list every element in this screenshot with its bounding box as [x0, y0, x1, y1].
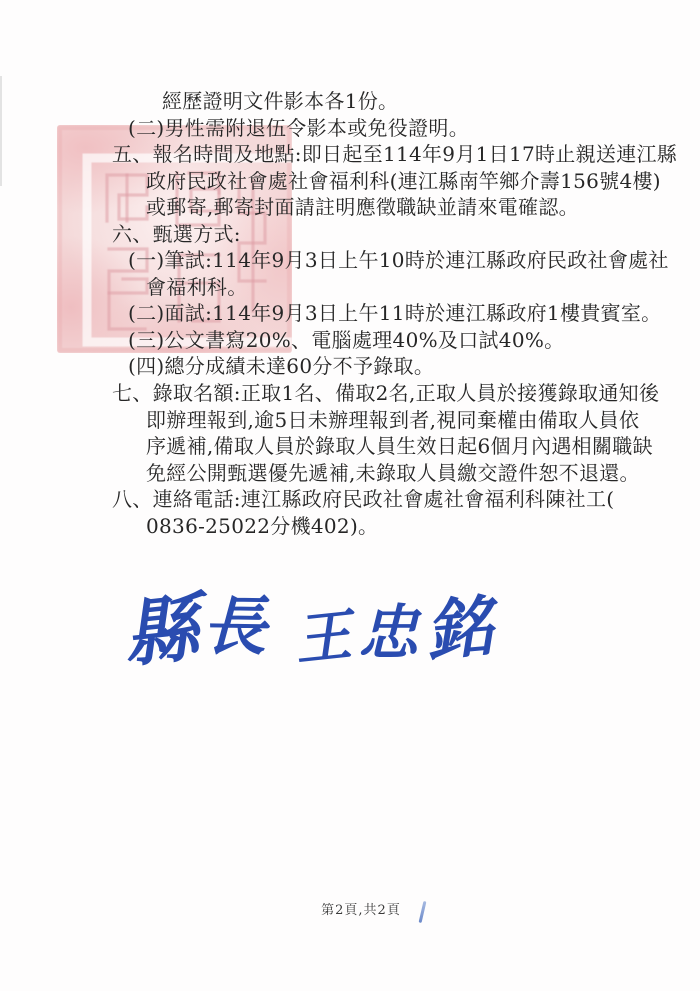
document-line: 六、甄選方式:	[0, 221, 700, 248]
document-line: 八、連絡電話:連江縣政府民政社會處社會福利科陳社工(	[0, 486, 700, 513]
document-line: (三)公文書寫20%、電腦處理40%及口試40%。	[0, 327, 700, 354]
document-line: 政府民政社會處社會福利科(連江縣南竿鄉介壽156號4樓)	[0, 168, 700, 195]
document-line: 或郵寄,郵寄封面請註明應徵職缺並請來電確認。	[0, 194, 700, 221]
signature-char: 縣	[120, 591, 201, 672]
scanned-document-page: 經歷證明文件影本各1份。(二)男性需附退伍令影本或免役證明。五、報名時間及地點:…	[0, 0, 700, 991]
document-line: 會福利科。	[0, 274, 700, 301]
document-line: 經歷證明文件影本各1份。	[0, 88, 700, 115]
signature-char: 忠	[358, 604, 418, 664]
mayor-signature: 縣長王忠銘	[123, 571, 505, 688]
document-line: 序遞補,備取人員於錄取人員生效日起6個月內遇相關職缺	[0, 433, 700, 460]
document-body: 經歷證明文件影本各1份。(二)男性需附退伍令影本或免役證明。五、報名時間及地點:…	[0, 88, 700, 539]
signature-char: 王	[292, 607, 354, 669]
document-line: (二)男性需附退伍令影本或免役證明。	[0, 115, 700, 142]
document-line: (一)筆試:114年9月3日上午10時於連江縣政府民政社會處社	[0, 247, 700, 274]
page-footer: 第2頁,共2頁	[0, 899, 700, 918]
document-line: 即辦理報到,逾5日未辦理報到者,視同棄權由備取人員依	[0, 407, 700, 434]
document-line: (二)面試:114年9月3日上午11時於連江縣政府1樓貴賓室。	[0, 300, 700, 327]
signature-char: 長	[202, 595, 267, 660]
document-line: 免經公開甄選優先遞補,未錄取人員繳交證件恕不退還。	[0, 460, 700, 487]
document-line: (四)總分成績未達60分不予錄取。	[0, 353, 700, 380]
signature-char: 銘	[423, 593, 495, 665]
document-line: 0836-25022分機402)。	[0, 513, 700, 540]
document-line: 七、錄取名額:正取1名、備取2名,正取人員於接獲錄取通知後	[0, 380, 700, 407]
document-line: 五、報名時間及地點:即日起至114年9月1日17時止親送連江縣	[0, 141, 700, 168]
